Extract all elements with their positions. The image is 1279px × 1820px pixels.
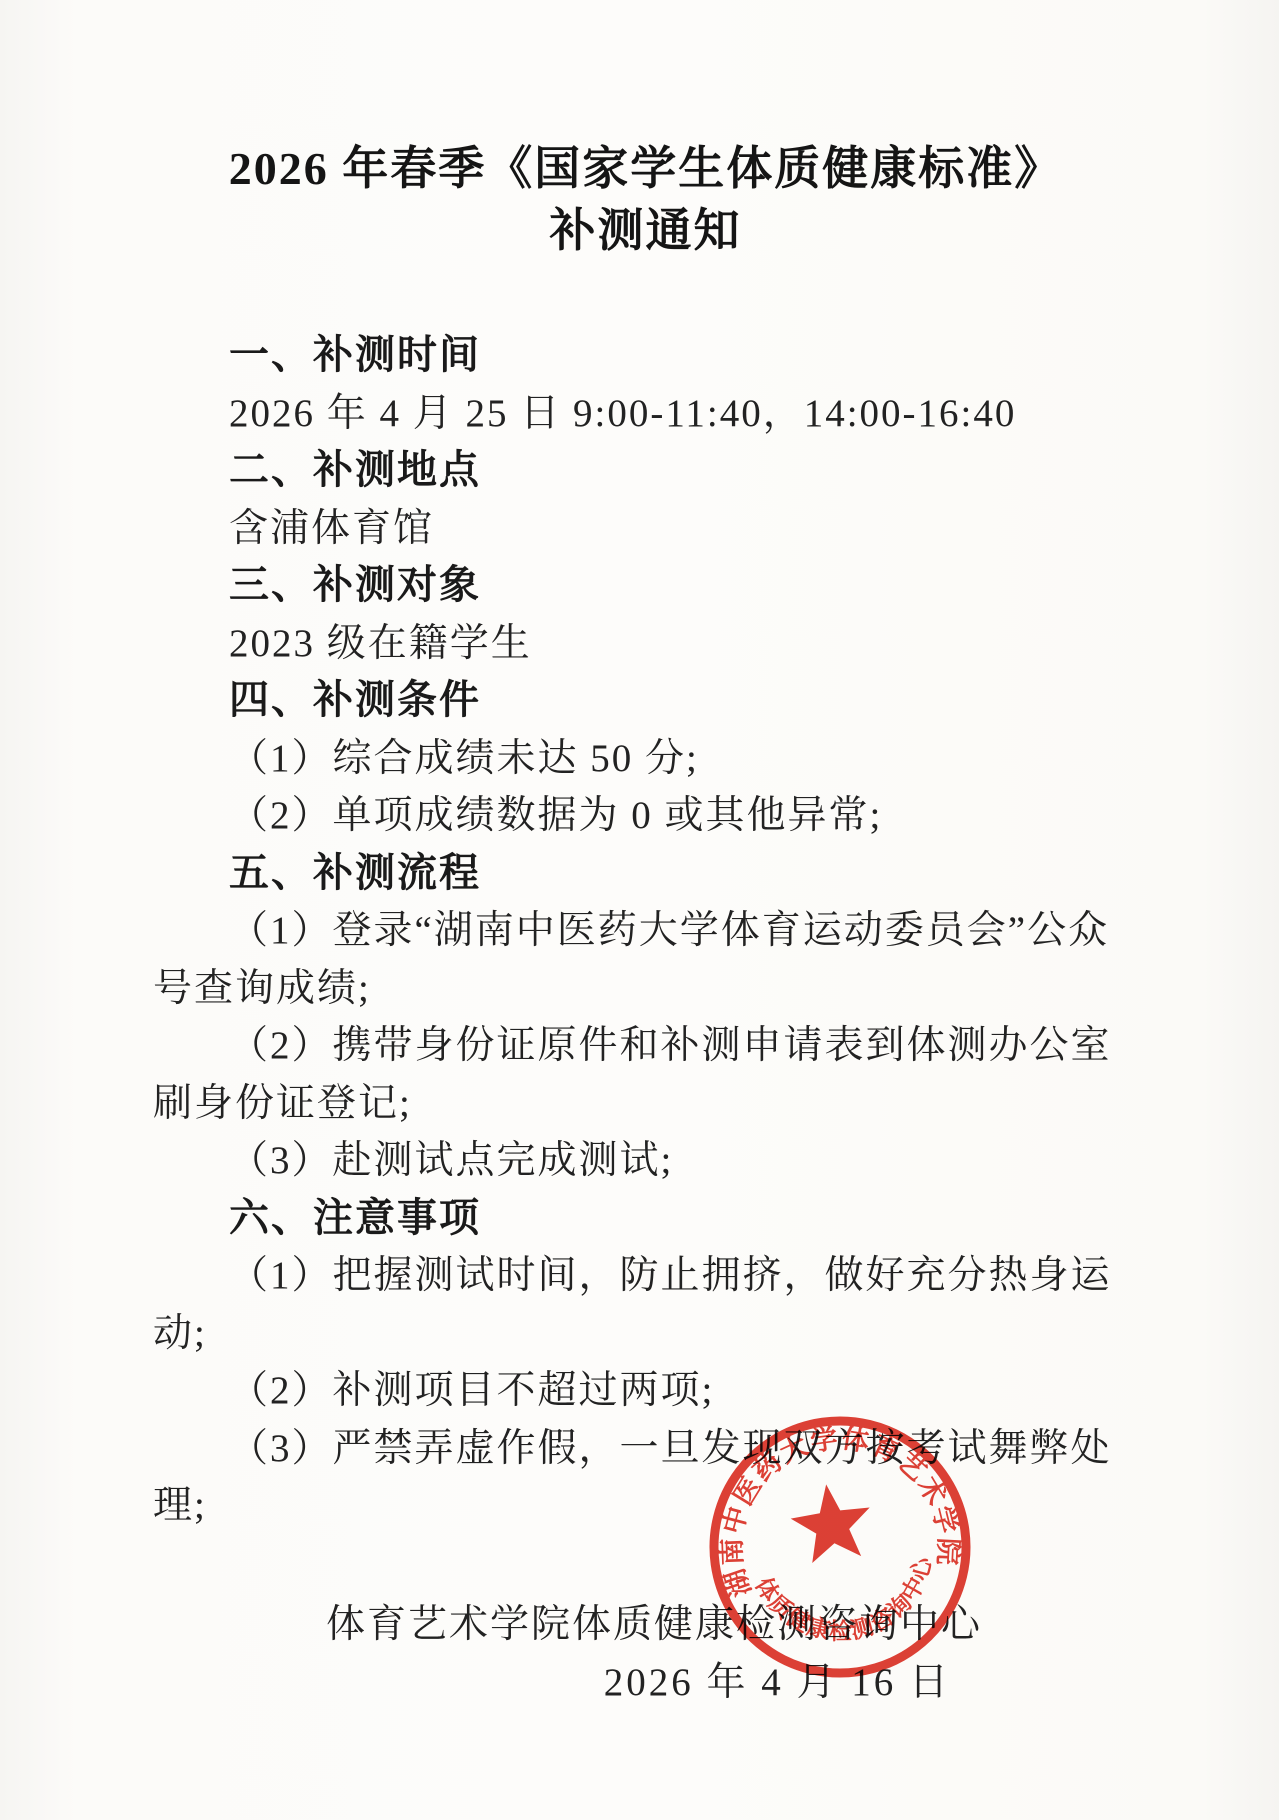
official-seal-stamp: 湖南中医药大学体育艺术学院 体质健康检测咨询中心	[671, 1378, 1010, 1717]
section-heading-1: 一、补测时间	[153, 327, 1138, 385]
document-content: 2026 年春季《国家学生体质健康标准》 补测通知 一、补测时间 2026 年 …	[153, 0, 1138, 1712]
body-paragraph: （2）单项成绩数据为 0 或其他异常;	[153, 787, 1138, 845]
document-page: 2026 年春季《国家学生体质健康标准》 补测通知 一、补测时间 2026 年 …	[0, 0, 1279, 1820]
section-heading-3: 三、补测对象	[153, 557, 1138, 615]
body-paragraph: （2）携带身份证原件和补测申请表到体测办公室刷身份证登记;	[153, 1017, 1138, 1132]
body-paragraph: （2）补测项目不超过两项;	[153, 1362, 1138, 1420]
body-paragraph: 含浦体育馆	[153, 500, 1138, 558]
document-title: 2026 年春季《国家学生体质健康标准》 补测通知	[153, 138, 1138, 262]
body-paragraph: （1）综合成绩未达 50 分;	[153, 730, 1138, 788]
seal-star-icon	[787, 1479, 877, 1565]
body-paragraph: 2023 级在籍学生	[153, 615, 1138, 673]
body-paragraph: （3）严禁弄虚作假，一旦发现双方按考试舞弊处理;	[153, 1420, 1138, 1535]
section-heading-2: 二、补测地点	[153, 442, 1138, 500]
body-paragraph: 2026 年 4 月 25 日 9:00-11:40，14:00-16:40	[153, 385, 1138, 443]
body-paragraph: （1）登录“湖南中医药大学体育运动委员会”公众号查询成绩;	[153, 902, 1138, 1017]
section-heading-4: 四、补测条件	[153, 672, 1138, 730]
title-line-2: 补测通知	[153, 200, 1138, 262]
section-heading-5: 五、补测流程	[153, 845, 1138, 903]
title-line-1: 2026 年春季《国家学生体质健康标准》	[153, 138, 1138, 200]
body-paragraph: （3）赴测试点完成测试;	[153, 1132, 1138, 1190]
section-heading-6: 六、注意事项	[153, 1190, 1138, 1248]
body-paragraph: （1）把握测试时间，防止拥挤，做好充分热身运动;	[153, 1247, 1138, 1362]
